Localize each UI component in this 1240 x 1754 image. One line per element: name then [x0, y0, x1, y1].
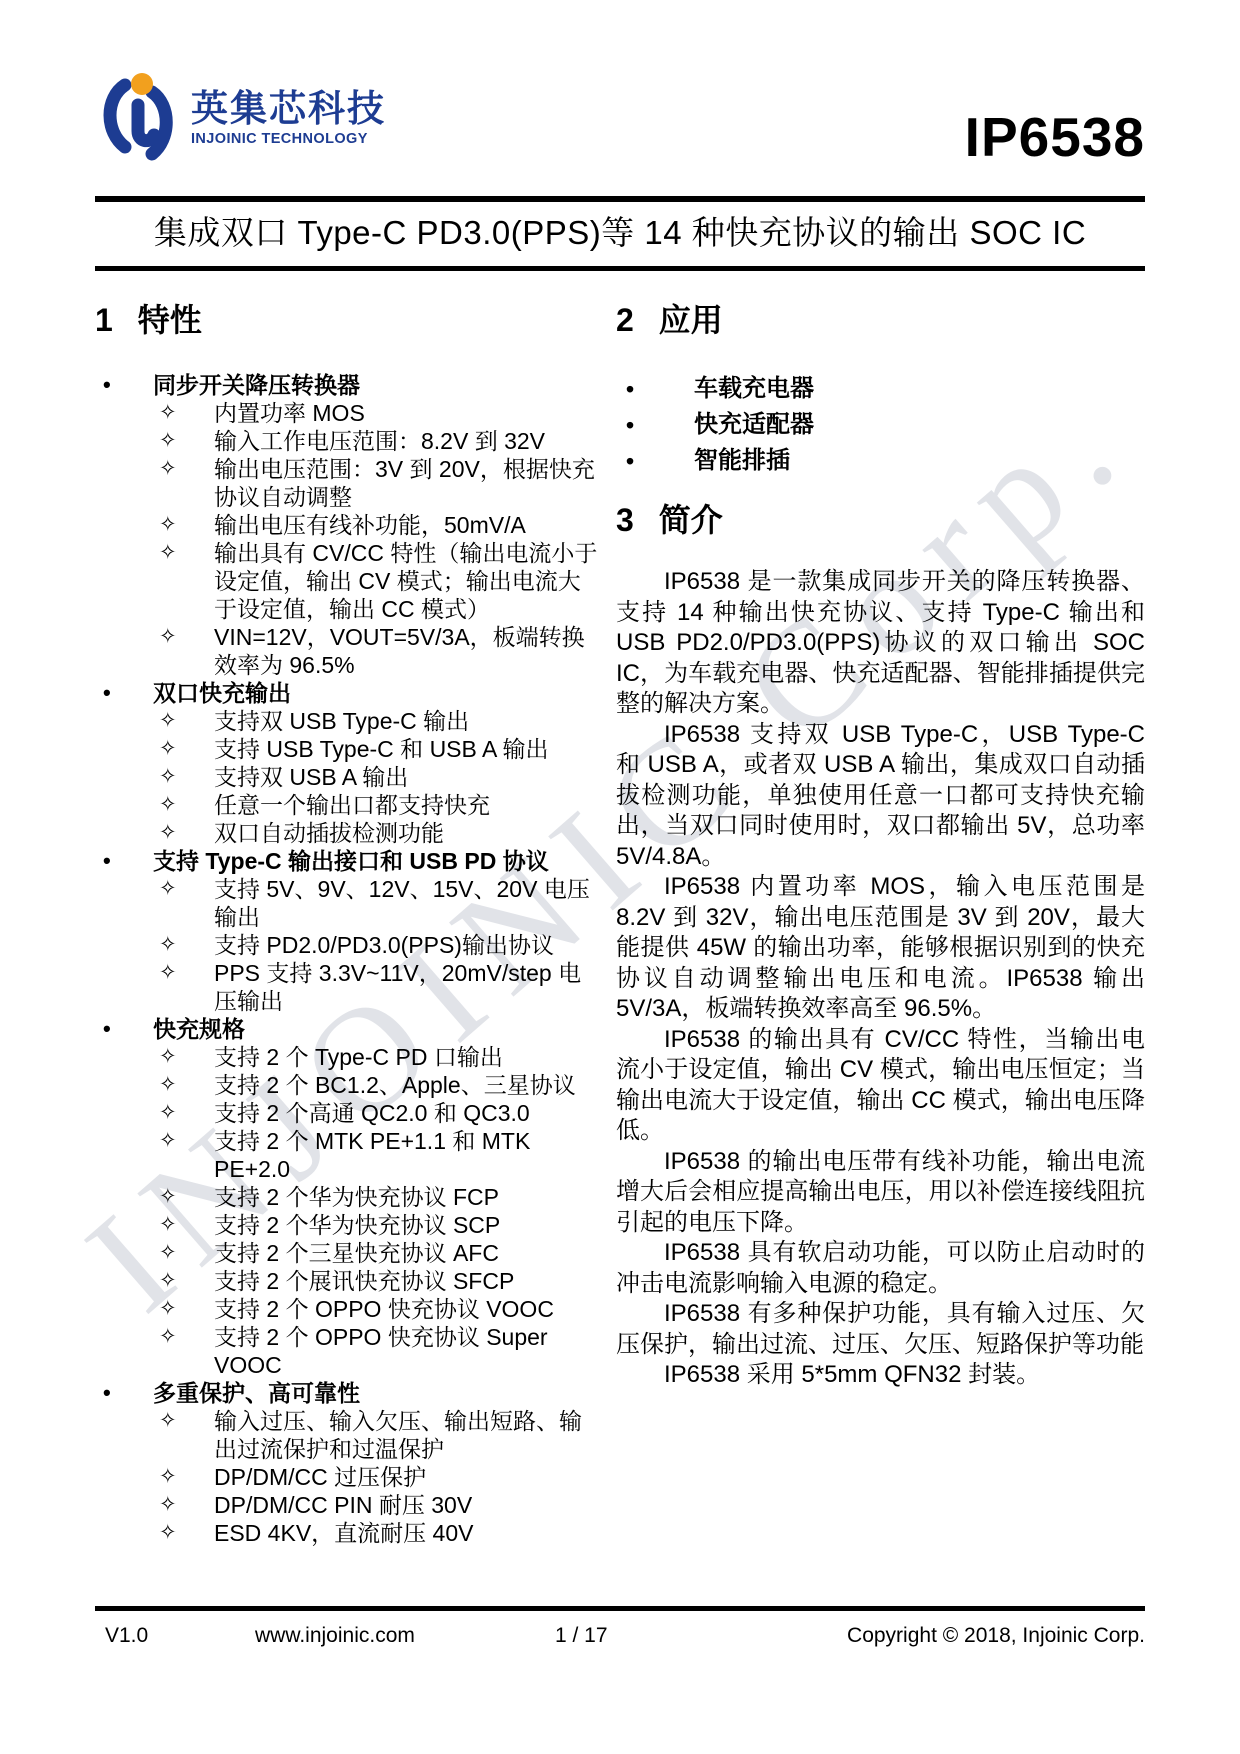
feature-item-text: 支持双 USB A 输出: [214, 763, 600, 791]
feature-item-text: 支持 2 个 OPPO 快充协议 Super VOOC: [214, 1323, 600, 1379]
feature-item-text: 内置功率 MOS: [214, 399, 600, 427]
feature-item: ✧支持双 USB A 输出: [95, 763, 600, 791]
application-item-text: 车载充电器: [694, 371, 814, 407]
feature-item-text: 输入过压、输入欠压、输出短路、输出过流保护和过温保护: [214, 1407, 600, 1463]
feature-group-label: •快充规格: [95, 1015, 600, 1043]
part-number: IP6538: [965, 108, 1145, 166]
feature-group-title: 双口快充输出: [153, 679, 291, 707]
introduction-paragraphs: IP6538 是一款集成同步开关的降压转换器、支持 14 种输出快充协议、支持 …: [616, 567, 1145, 1391]
feature-item-text: 支持 2 个高通 QC2.0 和 QC3.0: [214, 1099, 600, 1127]
feature-item: ✧支持 2 个华为快充协议 FCP: [95, 1183, 600, 1211]
logo-text: 英集芯科技 INJOINIC TECHNOLOGY: [191, 89, 386, 147]
feature-item-text: VIN=12V，VOUT=5V/3A，板端转换效率为 96.5%: [214, 623, 600, 679]
feature-item-text: 支持 2 个 OPPO 快充协议 VOOC: [214, 1295, 600, 1323]
feature-item: ✧输出电压范围：3V 到 20V，根据快充协议自动调整: [95, 455, 600, 511]
intro-paragraph: IP6538 具有软启动功能，可以防止启动时的冲击电流影响输入电源的稳定。: [616, 1238, 1145, 1299]
feature-item: ✧ESD 4KV，直流耐压 40V: [95, 1519, 600, 1547]
two-column-body: 1 特性 •同步开关降压转换器✧内置功率 MOS✧输入工作电压范围：8.2V 到…: [95, 279, 1145, 1547]
company-logo: 英集芯科技 INJOINIC TECHNOLOGY: [95, 69, 386, 166]
applications-list: •车载充电器•快充适配器•智能排插: [616, 371, 1145, 479]
feature-item: ✧输入过压、输入欠压、输出短路、输出过流保护和过温保护: [95, 1407, 600, 1463]
feature-item: ✧支持 USB Type-C 和 USB A 输出: [95, 735, 600, 763]
diamond-bullet-icon: ✧: [159, 1463, 214, 1491]
diamond-bullet-icon: ✧: [159, 707, 214, 735]
feature-item-text: 支持 2 个三星快充协议 AFC: [214, 1239, 600, 1267]
intro-paragraph: IP6538 采用 5*5mm QFN32 封装。: [616, 1360, 1145, 1391]
feature-item: ✧VIN=12V，VOUT=5V/3A，板端转换效率为 96.5%: [95, 623, 600, 679]
feature-item-text: 支持 2 个 MTK PE+1.1 和 MTK PE+2.0: [214, 1127, 600, 1183]
features-column: 1 特性 •同步开关降压转换器✧内置功率 MOS✧输入工作电压范围：8.2V 到…: [95, 279, 600, 1547]
title-band: 集成双口 Type-C PD3.0(PPS)等 14 种快充协议的输出 SOC …: [95, 196, 1145, 271]
intro-paragraph: IP6538 内置功率 MOS，输入电压范围是 8.2V 到 32V，输出电压范…: [616, 872, 1145, 1025]
diamond-bullet-icon: ✧: [159, 1267, 214, 1295]
feature-item-text: 输出电压范围：3V 到 20V，根据快充协议自动调整: [214, 455, 600, 511]
bullet-icon: •: [616, 443, 694, 479]
intro-paragraph: IP6538 是一款集成同步开关的降压转换器、支持 14 种输出快充协议、支持 …: [616, 567, 1145, 720]
diamond-bullet-icon: ✧: [159, 931, 214, 959]
bullet-icon: •: [95, 847, 153, 875]
application-item: •快充适配器: [616, 407, 1145, 443]
feature-item: ✧支持 2 个 MTK PE+1.1 和 MTK PE+2.0: [95, 1127, 600, 1183]
feature-item: ✧支持 5V、9V、12V、15V、20V 电压输出: [95, 875, 600, 931]
feature-item-text: DP/DM/CC 过压保护: [214, 1463, 600, 1491]
feature-item-text: DP/DM/CC PIN 耐压 30V: [214, 1491, 600, 1519]
bullet-icon: •: [616, 371, 694, 407]
diamond-bullet-icon: ✧: [159, 511, 214, 539]
footer-website: www.injoinic.com: [255, 1624, 415, 1648]
features-heading: 1 特性: [95, 295, 600, 341]
feature-item: ✧任意一个输出口都支持快充: [95, 791, 600, 819]
feature-item-text: 支持 PD2.0/PD3.0(PPS)输出协议: [214, 931, 600, 959]
diamond-bullet-icon: ✧: [159, 399, 214, 427]
intro-paragraph: IP6538 的输出电压带有线补功能，输出电流增大后会相应提高输出电压，用以补偿…: [616, 1147, 1145, 1239]
feature-item: ✧支持 2 个华为快充协议 SCP: [95, 1211, 600, 1239]
footer-copyright: Copyright © 2018, Injoinic Corp.: [847, 1624, 1145, 1648]
diamond-bullet-icon: ✧: [159, 623, 214, 679]
diamond-bullet-icon: ✧: [159, 1043, 214, 1071]
logo-name-cn: 英集芯科技: [191, 89, 386, 129]
feature-item-text: 支持双 USB Type-C 输出: [214, 707, 600, 735]
diamond-bullet-icon: ✧: [159, 1211, 214, 1239]
page-footer: V1.0 www.injoinic.com 1 / 17 Copyright ©…: [95, 1606, 1145, 1661]
bullet-icon: •: [95, 371, 153, 399]
feature-item-text: 支持 2 个 BC1.2、Apple、三星协议: [214, 1071, 600, 1099]
feature-group-label: •支持 Type-C 输出接口和 USB PD 协议: [95, 847, 600, 875]
feature-item-text: 双口自动插拔检测功能: [214, 819, 600, 847]
diamond-bullet-icon: ✧: [159, 455, 214, 511]
page-header: 英集芯科技 INJOINIC TECHNOLOGY IP6538: [95, 0, 1145, 166]
feature-item: ✧支持 2 个展讯快充协议 SFCP: [95, 1267, 600, 1295]
diamond-bullet-icon: ✧: [159, 1183, 214, 1211]
feature-item-text: 支持 5V、9V、12V、15V、20V 电压输出: [214, 875, 600, 931]
feature-item-text: 支持 2 个华为快充协议 FCP: [214, 1183, 600, 1211]
feature-item-text: 输出具有 CV/CC 特性（输出电流小于设定值，输出 CV 模式；输出电流大于设…: [214, 539, 600, 623]
feature-item: ✧支持 2 个三星快充协议 AFC: [95, 1239, 600, 1267]
feature-item-text: 支持 2 个 Type-C PD 口输出: [214, 1043, 600, 1071]
feature-item: ✧支持 2 个 Type-C PD 口输出: [95, 1043, 600, 1071]
diamond-bullet-icon: ✧: [159, 539, 214, 623]
feature-group-label: •同步开关降压转换器: [95, 371, 600, 399]
feature-item: ✧输出电压有线补功能，50mV/A: [95, 511, 600, 539]
feature-item-text: PPS 支持 3.3V~11V，20mV/step 电压输出: [214, 959, 600, 1015]
diamond-bullet-icon: ✧: [159, 875, 214, 931]
feature-item: ✧支持 2 个 OPPO 快充协议 VOOC: [95, 1295, 600, 1323]
diamond-bullet-icon: ✧: [159, 1519, 214, 1547]
feature-group-title: 支持 Type-C 输出接口和 USB PD 协议: [153, 847, 549, 875]
feature-group-label: •双口快充输出: [95, 679, 600, 707]
feature-item: ✧PPS 支持 3.3V~11V，20mV/step 电压输出: [95, 959, 600, 1015]
feature-item-text: 输出电压有线补功能，50mV/A: [214, 511, 600, 539]
feature-item: ✧输入工作电压范围：8.2V 到 32V: [95, 427, 600, 455]
application-item: •智能排插: [616, 443, 1145, 479]
feature-item-text: 支持 2 个华为快充协议 SCP: [214, 1211, 600, 1239]
feature-item: ✧DP/DM/CC PIN 耐压 30V: [95, 1491, 600, 1519]
footer-version: V1.0: [105, 1624, 148, 1648]
applications-heading: 2 应用: [616, 295, 1145, 341]
diamond-bullet-icon: ✧: [159, 427, 214, 455]
bullet-icon: •: [95, 679, 153, 707]
diamond-bullet-icon: ✧: [159, 819, 214, 847]
application-item: •车载充电器: [616, 371, 1145, 407]
feature-group-label: •多重保护、高可靠性: [95, 1379, 600, 1407]
diamond-bullet-icon: ✧: [159, 1239, 214, 1267]
injoinic-logo-icon: [95, 69, 181, 166]
feature-item-text: 输入工作电压范围：8.2V 到 32V: [214, 427, 600, 455]
bullet-icon: •: [616, 407, 694, 443]
feature-item: ✧双口自动插拔检测功能: [95, 819, 600, 847]
logo-name-en: INJOINIC TECHNOLOGY: [191, 131, 386, 147]
diamond-bullet-icon: ✧: [159, 1323, 214, 1379]
diamond-bullet-icon: ✧: [159, 1127, 214, 1183]
intro-paragraph: IP6538 的输出具有 CV/CC 特性，当输出电流小于设定值，输出 CV 模…: [616, 1025, 1145, 1147]
diamond-bullet-icon: ✧: [159, 1407, 214, 1463]
footer-page-number: 1 / 17: [555, 1624, 608, 1648]
introduction-heading: 3 简介: [616, 495, 1145, 541]
feature-item: ✧DP/DM/CC 过压保护: [95, 1463, 600, 1491]
bullet-icon: •: [95, 1015, 153, 1043]
feature-item: ✧支持 2 个 BC1.2、Apple、三星协议: [95, 1071, 600, 1099]
diamond-bullet-icon: ✧: [159, 735, 214, 763]
feature-group-title: 同步开关降压转换器: [153, 371, 360, 399]
diamond-bullet-icon: ✧: [159, 1295, 214, 1323]
feature-item-text: 任意一个输出口都支持快充: [214, 791, 600, 819]
feature-item: ✧支持 2 个高通 QC2.0 和 QC3.0: [95, 1099, 600, 1127]
document-title: 集成双口 Type-C PD3.0(PPS)等 14 种快充协议的输出 SOC …: [95, 207, 1145, 254]
diamond-bullet-icon: ✧: [159, 959, 214, 1015]
feature-item: ✧支持双 USB Type-C 输出: [95, 707, 600, 735]
feature-item-text: ESD 4KV，直流耐压 40V: [214, 1519, 600, 1547]
application-item-text: 智能排插: [694, 443, 790, 479]
feature-group-title: 多重保护、高可靠性: [153, 1379, 360, 1407]
datasheet-page: 英集芯科技 INJOINIC TECHNOLOGY IP6538 集成双口 Ty…: [0, 0, 1240, 1547]
intro-paragraph: IP6538 有多种保护功能，具有输入过压、欠压保护，输出过流、过压、欠压、短路…: [616, 1299, 1145, 1360]
feature-item: ✧支持 2 个 OPPO 快充协议 Super VOOC: [95, 1323, 600, 1379]
diamond-bullet-icon: ✧: [159, 1099, 214, 1127]
feature-item: ✧输出具有 CV/CC 特性（输出电流小于设定值，输出 CV 模式；输出电流大于…: [95, 539, 600, 623]
application-item-text: 快充适配器: [694, 407, 814, 443]
feature-item: ✧内置功率 MOS: [95, 399, 600, 427]
applications-intro-column: 2 应用 •车载充电器•快充适配器•智能排插 3 简介 IP6538 是一款集成…: [616, 279, 1145, 1547]
bullet-icon: •: [95, 1379, 153, 1407]
feature-item-text: 支持 2 个展讯快充协议 SFCP: [214, 1267, 600, 1295]
diamond-bullet-icon: ✧: [159, 1491, 214, 1519]
diamond-bullet-icon: ✧: [159, 791, 214, 819]
feature-group-title: 快充规格: [153, 1015, 245, 1043]
diamond-bullet-icon: ✧: [159, 763, 214, 791]
features-list: •同步开关降压转换器✧内置功率 MOS✧输入工作电压范围：8.2V 到 32V✧…: [95, 371, 600, 1547]
feature-item: ✧支持 PD2.0/PD3.0(PPS)输出协议: [95, 931, 600, 959]
diamond-bullet-icon: ✧: [159, 1071, 214, 1099]
feature-item-text: 支持 USB Type-C 和 USB A 输出: [214, 735, 600, 763]
intro-paragraph: IP6538 支持双 USB Type-C，USB Type-C 和 USB A…: [616, 720, 1145, 873]
